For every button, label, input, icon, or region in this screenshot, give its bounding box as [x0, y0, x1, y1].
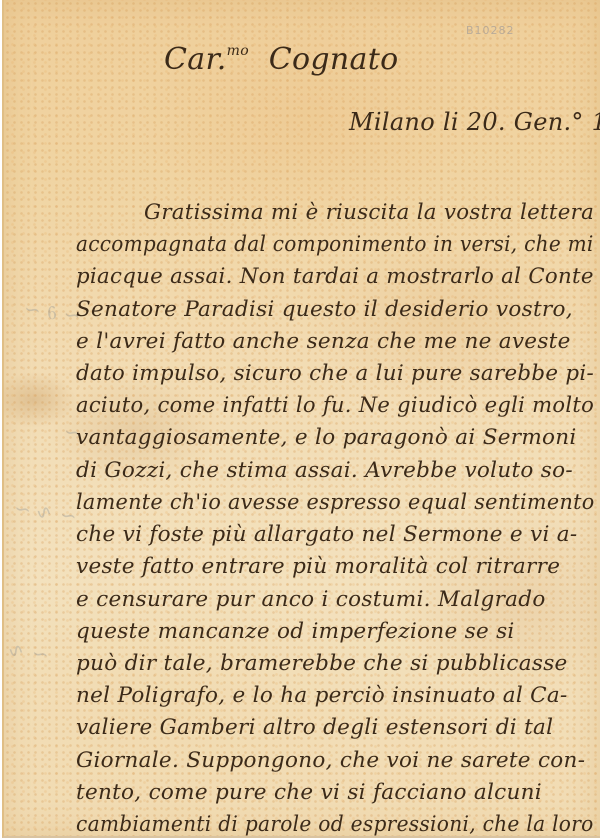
letter-line: cambiamenti di parole od espressioni, ch…	[76, 812, 594, 837]
letter-line: accompagnata dal componimento in versi, …	[76, 232, 594, 257]
ink-bleedthrough: ​~ ∿	[8, 637, 51, 666]
letter-line: Gratissima mi è riuscita la vostra lette…	[144, 200, 594, 225]
ink-bleedthrough: ​~ ∂ ~	[23, 296, 82, 328]
ink-bleedthrough: ​~ ∿ ~	[13, 496, 79, 529]
archive-stamp-number: B10282	[466, 24, 515, 37]
letter-line: e l'avrei fatto anche senza che me ne av…	[76, 329, 571, 354]
letter-line: Giornale. Suppongono, che voi ne sarete …	[76, 748, 585, 773]
letter-line: piacque assai. Non tardai a mostrarlo al…	[76, 264, 594, 289]
letter-line: dato impulso, sicuro che a lui pure sare…	[76, 361, 594, 386]
salutation-word: Cognato	[269, 42, 399, 77]
letter-line: vantaggiosamente, e lo paragonò ai Sermo…	[76, 425, 577, 450]
letter-line: nel Poligrafo, e lo ha perciò insinuato …	[76, 683, 568, 708]
salutation-superscript: mo	[227, 43, 249, 59]
letter-line: aciuto, come infatti lo fu. Ne giudicò e…	[76, 393, 594, 418]
letter-line: veste fatto entrare più moralità col rit…	[76, 554, 560, 579]
letter-line: Senatore Paradisi questo il desiderio vo…	[76, 297, 573, 322]
letter-line: valiere Gamberi altro degli estensori di…	[76, 715, 553, 740]
letter-line: tento, come pure che vi si facciano alcu…	[76, 780, 542, 805]
letter-line: lamente ch'io avesse espresso equal sent…	[76, 490, 595, 515]
letter-line: può dir tale, bramerebbe che si pubblica…	[76, 651, 568, 676]
letter-page: ​~ ∂ ~ ​~ ∿ ~ ​~ ​~ ∿ B10282 Car.mo Cogn…	[2, 0, 600, 838]
letter-line: queste mancanze od imperfezione se si	[76, 619, 515, 644]
letter-line: di Gozzi, che stima assai. Avrebbe volut…	[76, 458, 573, 483]
salutation-abbrev: Car.	[164, 42, 227, 77]
letter-line: e censurare pur anco i costumi. Malgrado	[76, 587, 546, 612]
dateline: Milano li 20. Gen.° 1812.	[349, 108, 600, 136]
letter-line: che vi foste più allargato nel Sermone e…	[76, 522, 577, 547]
salutation: Car.mo Cognato	[164, 42, 398, 77]
